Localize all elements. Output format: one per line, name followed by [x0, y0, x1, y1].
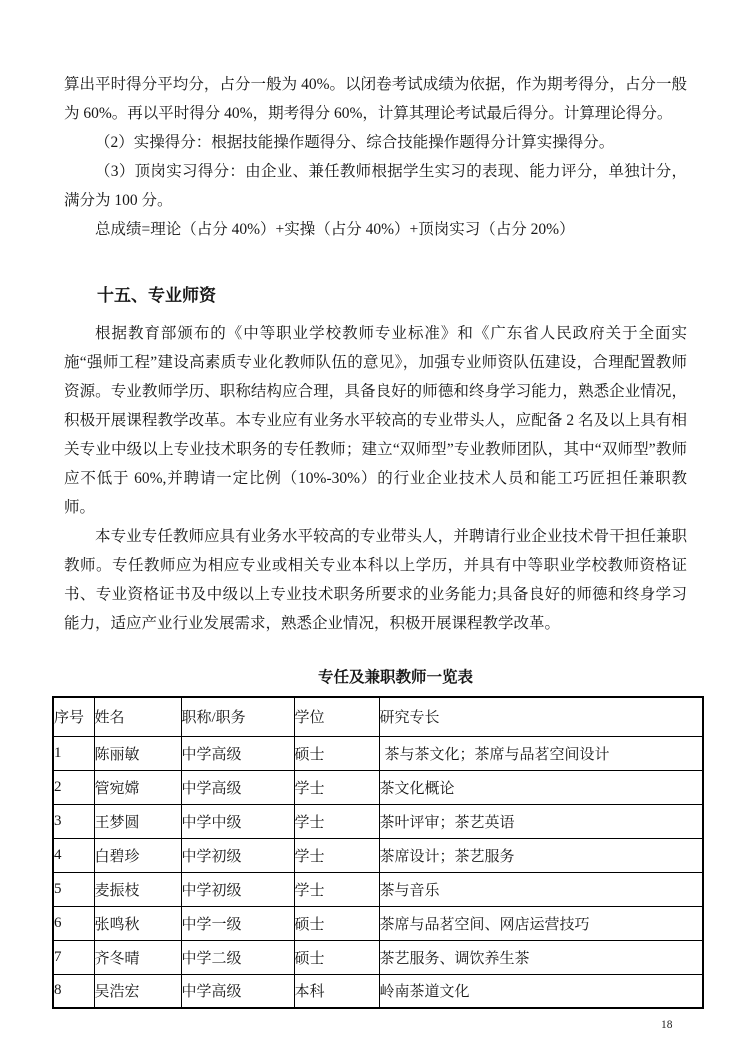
table-row: 7 齐冬晴 中学二级 硕士 茶艺服务、调饮养生茶 [53, 940, 703, 974]
section-heading: 十五、专业师资 [64, 283, 687, 309]
cell-title: 中学中级 [181, 804, 294, 838]
cell-degree: 学士 [294, 838, 379, 872]
cell-specialty: 茶与音乐 [379, 872, 703, 906]
teachers-table: 序号 姓名 职称/职务 学位 研究专长 1 陈丽敏 中学高级 硕士 茶与茶文化；… [52, 696, 704, 1009]
cell-degree: 硕士 [294, 940, 379, 974]
table-row: 2 管宛嫦 中学高级 学士 茶文化概论 [53, 770, 703, 804]
cell-title: 中学二级 [181, 940, 294, 974]
cell-degree: 学士 [294, 872, 379, 906]
cell-specialty: 岭南茶道文化 [379, 974, 703, 1008]
paragraph-grading-practice: （2）实操得分：根据技能操作题得分、综合技能操作题得分计算实操得分。 [64, 128, 687, 157]
cell-index: 2 [53, 770, 94, 804]
cell-degree: 本科 [294, 974, 379, 1008]
table-title: 专任及兼职教师一览表 [64, 663, 687, 692]
header-cell-degree: 学位 [294, 697, 379, 736]
table-header-row: 序号 姓名 职称/职务 学位 研究专长 [53, 697, 703, 736]
cell-index: 6 [53, 906, 94, 940]
table-row: 1 陈丽敏 中学高级 硕士 茶与茶文化；茶席与品茗空间设计 [53, 736, 703, 770]
cell-name: 王梦圆 [94, 804, 181, 838]
cell-index: 3 [53, 804, 94, 838]
table-row: 6 张鸣秋 中学一级 硕士 茶席与品茗空间、网店运营技巧 [53, 906, 703, 940]
table-row: 4 白碧珍 中学初级 学士 茶席设计；茶艺服务 [53, 838, 703, 872]
cell-index: 1 [53, 736, 94, 770]
cell-specialty: 茶席设计；茶艺服务 [379, 838, 703, 872]
cell-title: 中学一级 [181, 906, 294, 940]
cell-title: 中学高级 [181, 770, 294, 804]
cell-title: 中学初级 [181, 872, 294, 906]
cell-index: 4 [53, 838, 94, 872]
cell-title: 中学高级 [181, 736, 294, 770]
cell-degree: 硕士 [294, 906, 379, 940]
document-page: 算出平时得分平均分，占分一般为 40%。以闭卷考试成绩为依据，作为期考得分，占分… [0, 0, 750, 1009]
cell-name: 吴浩宏 [94, 974, 181, 1008]
cell-name: 管宛嫦 [94, 770, 181, 804]
cell-index: 8 [53, 974, 94, 1008]
table-row: 8 吴浩宏 中学高级 本科 岭南茶道文化 [53, 974, 703, 1008]
cell-name: 麦振枝 [94, 872, 181, 906]
header-cell-name: 姓名 [94, 697, 181, 736]
paragraph-faculty-requirements: 根据教育部颁布的《中等职业学校教师专业标准》和《广东省人民政府关于全面实施“强师… [64, 319, 687, 522]
paragraph-total-score-formula: 总成绩=理论（占分 40%）+实操（占分 40%）+顶岗实习（占分 20%） [64, 215, 687, 244]
paragraph-grading-internship: （3）顶岗实习得分：由企业、兼任教师根据学生实习的表现、能力评分，单独计分，满分… [64, 157, 687, 215]
cell-degree: 硕士 [294, 736, 379, 770]
cell-index: 5 [53, 872, 94, 906]
cell-specialty: 茶叶评审；茶艺英语 [379, 804, 703, 838]
cell-specialty: 茶与茶文化；茶席与品茗空间设计 [379, 736, 703, 770]
page-number: 18 [661, 1019, 673, 1031]
cell-degree: 学士 [294, 770, 379, 804]
cell-name: 齐冬晴 [94, 940, 181, 974]
header-cell-title: 职称/职务 [181, 697, 294, 736]
paragraph-grading-theory: 算出平时得分平均分，占分一般为 40%。以闭卷考试成绩为依据，作为期考得分，占分… [64, 70, 687, 128]
cell-specialty: 茶文化概论 [379, 770, 703, 804]
cell-index: 7 [53, 940, 94, 974]
cell-name: 张鸣秋 [94, 906, 181, 940]
cell-specialty: 茶席与品茗空间、网店运营技巧 [379, 906, 703, 940]
table-row: 3 王梦圆 中学中级 学士 茶叶评审；茶艺英语 [53, 804, 703, 838]
cell-title: 中学初级 [181, 838, 294, 872]
cell-specialty: 茶艺服务、调饮养生茶 [379, 940, 703, 974]
cell-name: 白碧珍 [94, 838, 181, 872]
header-cell-specialty: 研究专长 [379, 697, 703, 736]
paragraph-fulltime-teacher-requirements: 本专业专任教师应具有业务水平较高的专业带头人，并聘请行业企业技术骨干担任兼职教师… [64, 522, 687, 638]
header-cell-index: 序号 [53, 697, 94, 736]
table-row: 5 麦振枝 中学初级 学士 茶与音乐 [53, 872, 703, 906]
cell-title: 中学高级 [181, 974, 294, 1008]
cell-degree: 学士 [294, 804, 379, 838]
cell-name: 陈丽敏 [94, 736, 181, 770]
